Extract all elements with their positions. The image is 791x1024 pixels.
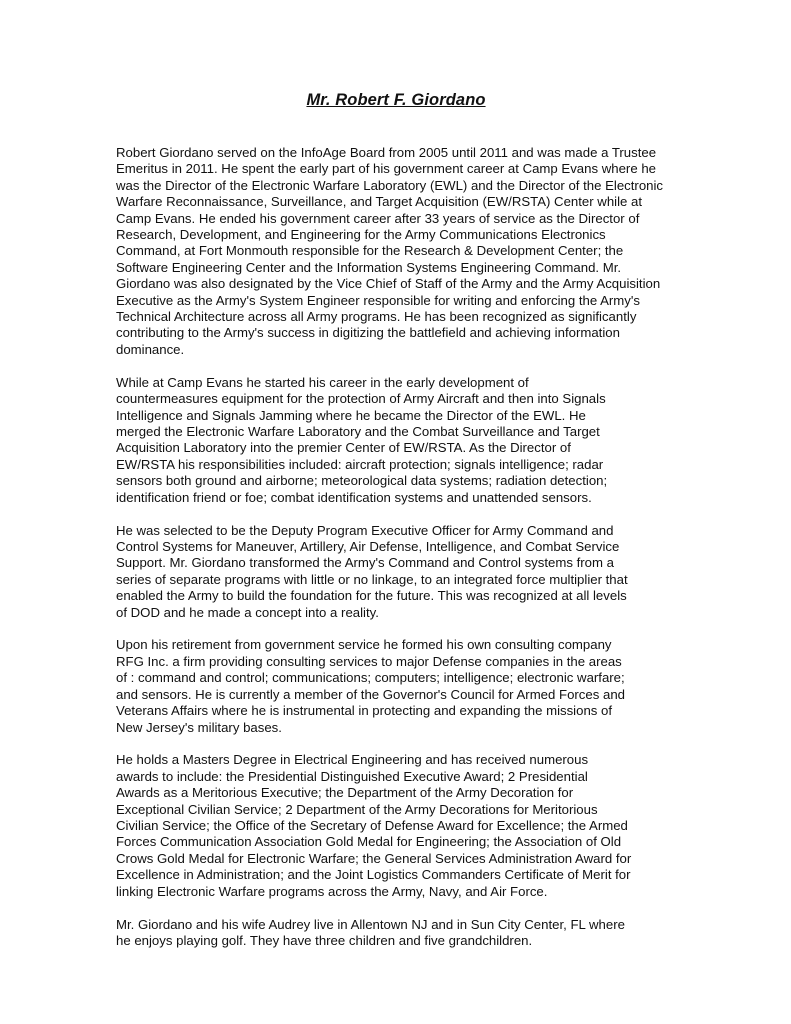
text-line: RFG Inc. a firm providing consulting ser… bbox=[116, 654, 716, 670]
text-line: sensors both ground and airborne; meteor… bbox=[116, 473, 716, 489]
text-line: of DOD and he made a concept into a real… bbox=[116, 605, 716, 621]
text-line: Support. Mr. Giordano transformed the Ar… bbox=[116, 555, 716, 571]
text-line: Warfare Reconnaissance, Surveillance, an… bbox=[116, 194, 716, 210]
document-body: Robert Giordano served on the InfoAge Bo… bbox=[116, 145, 716, 966]
paragraph-deputy-peo: He was selected to be the Deputy Program… bbox=[116, 523, 716, 621]
paragraph-retirement-consulting: Upon his retirement from government serv… bbox=[116, 637, 716, 735]
text-line: Awards as a Meritorious Executive; the D… bbox=[116, 785, 716, 801]
document-title: Mr. Robert F. Giordano bbox=[116, 91, 676, 110]
text-line: dominance. bbox=[116, 342, 716, 358]
text-line: Civilian Service; the Office of the Secr… bbox=[116, 818, 716, 834]
text-line: and sensors. He is currently a member of… bbox=[116, 687, 716, 703]
text-line: was the Director of the Electronic Warfa… bbox=[116, 178, 716, 194]
text-line: Upon his retirement from government serv… bbox=[116, 637, 716, 653]
text-line: Excellence in Administration; and the Jo… bbox=[116, 867, 716, 883]
text-line: Emeritus in 2011. He spent the early par… bbox=[116, 161, 716, 177]
text-line: He holds a Masters Degree in Electrical … bbox=[116, 752, 716, 768]
paragraph-personal-life: Mr. Giordano and his wife Audrey live in… bbox=[116, 917, 716, 950]
text-line: merged the Electronic Warfare Laboratory… bbox=[116, 424, 716, 440]
paragraph-board-and-career: Robert Giordano served on the InfoAge Bo… bbox=[116, 145, 716, 358]
text-line: identification friend or foe; combat ide… bbox=[116, 490, 716, 506]
text-line: Forces Communication Association Gold Me… bbox=[116, 834, 716, 850]
text-line: series of separate programs with little … bbox=[116, 572, 716, 588]
text-line: While at Camp Evans he started his caree… bbox=[116, 375, 716, 391]
text-line: Exceptional Civilian Service; 2 Departme… bbox=[116, 802, 716, 818]
text-line: Robert Giordano served on the InfoAge Bo… bbox=[116, 145, 716, 161]
text-line: Mr. Giordano and his wife Audrey live in… bbox=[116, 917, 716, 933]
paragraph-education-awards: He holds a Masters Degree in Electrical … bbox=[116, 752, 716, 900]
text-line: Technical Architecture across all Army p… bbox=[116, 309, 716, 325]
paragraph-camp-evans: While at Camp Evans he started his caree… bbox=[116, 375, 716, 506]
text-line: Giordano was also designated by the Vice… bbox=[116, 276, 716, 292]
text-line: Command, at Fort Monmouth responsible fo… bbox=[116, 243, 716, 259]
text-line: Research, Development, and Engineering f… bbox=[116, 227, 716, 243]
text-line: linking Electronic Warfare programs acro… bbox=[116, 884, 716, 900]
text-line: Intelligence and Signals Jamming where h… bbox=[116, 408, 716, 424]
text-line: contributing to the Army's success in di… bbox=[116, 325, 716, 341]
text-line: Crows Gold Medal for Electronic Warfare;… bbox=[116, 851, 716, 867]
text-line: Camp Evans. He ended his government care… bbox=[116, 211, 716, 227]
text-line: enabled the Army to build the foundation… bbox=[116, 588, 716, 604]
text-line: Acquisition Laboratory into the premier … bbox=[116, 440, 716, 456]
text-line: of : command and control; communications… bbox=[116, 670, 716, 686]
text-line: Executive as the Army's System Engineer … bbox=[116, 293, 716, 309]
text-line: Veterans Affairs where he is instrumenta… bbox=[116, 703, 716, 719]
text-line: awards to include: the Presidential Dist… bbox=[116, 769, 716, 785]
text-line: He was selected to be the Deputy Program… bbox=[116, 523, 716, 539]
text-line: New Jersey's military bases. bbox=[116, 720, 716, 736]
text-line: countermeasures equipment for the protec… bbox=[116, 391, 716, 407]
text-line: Control Systems for Maneuver, Artillery,… bbox=[116, 539, 716, 555]
text-line: EW/RSTA his responsibilities included: a… bbox=[116, 457, 716, 473]
text-line: he enjoys playing golf. They have three … bbox=[116, 933, 716, 949]
text-line: Software Engineering Center and the Info… bbox=[116, 260, 716, 276]
